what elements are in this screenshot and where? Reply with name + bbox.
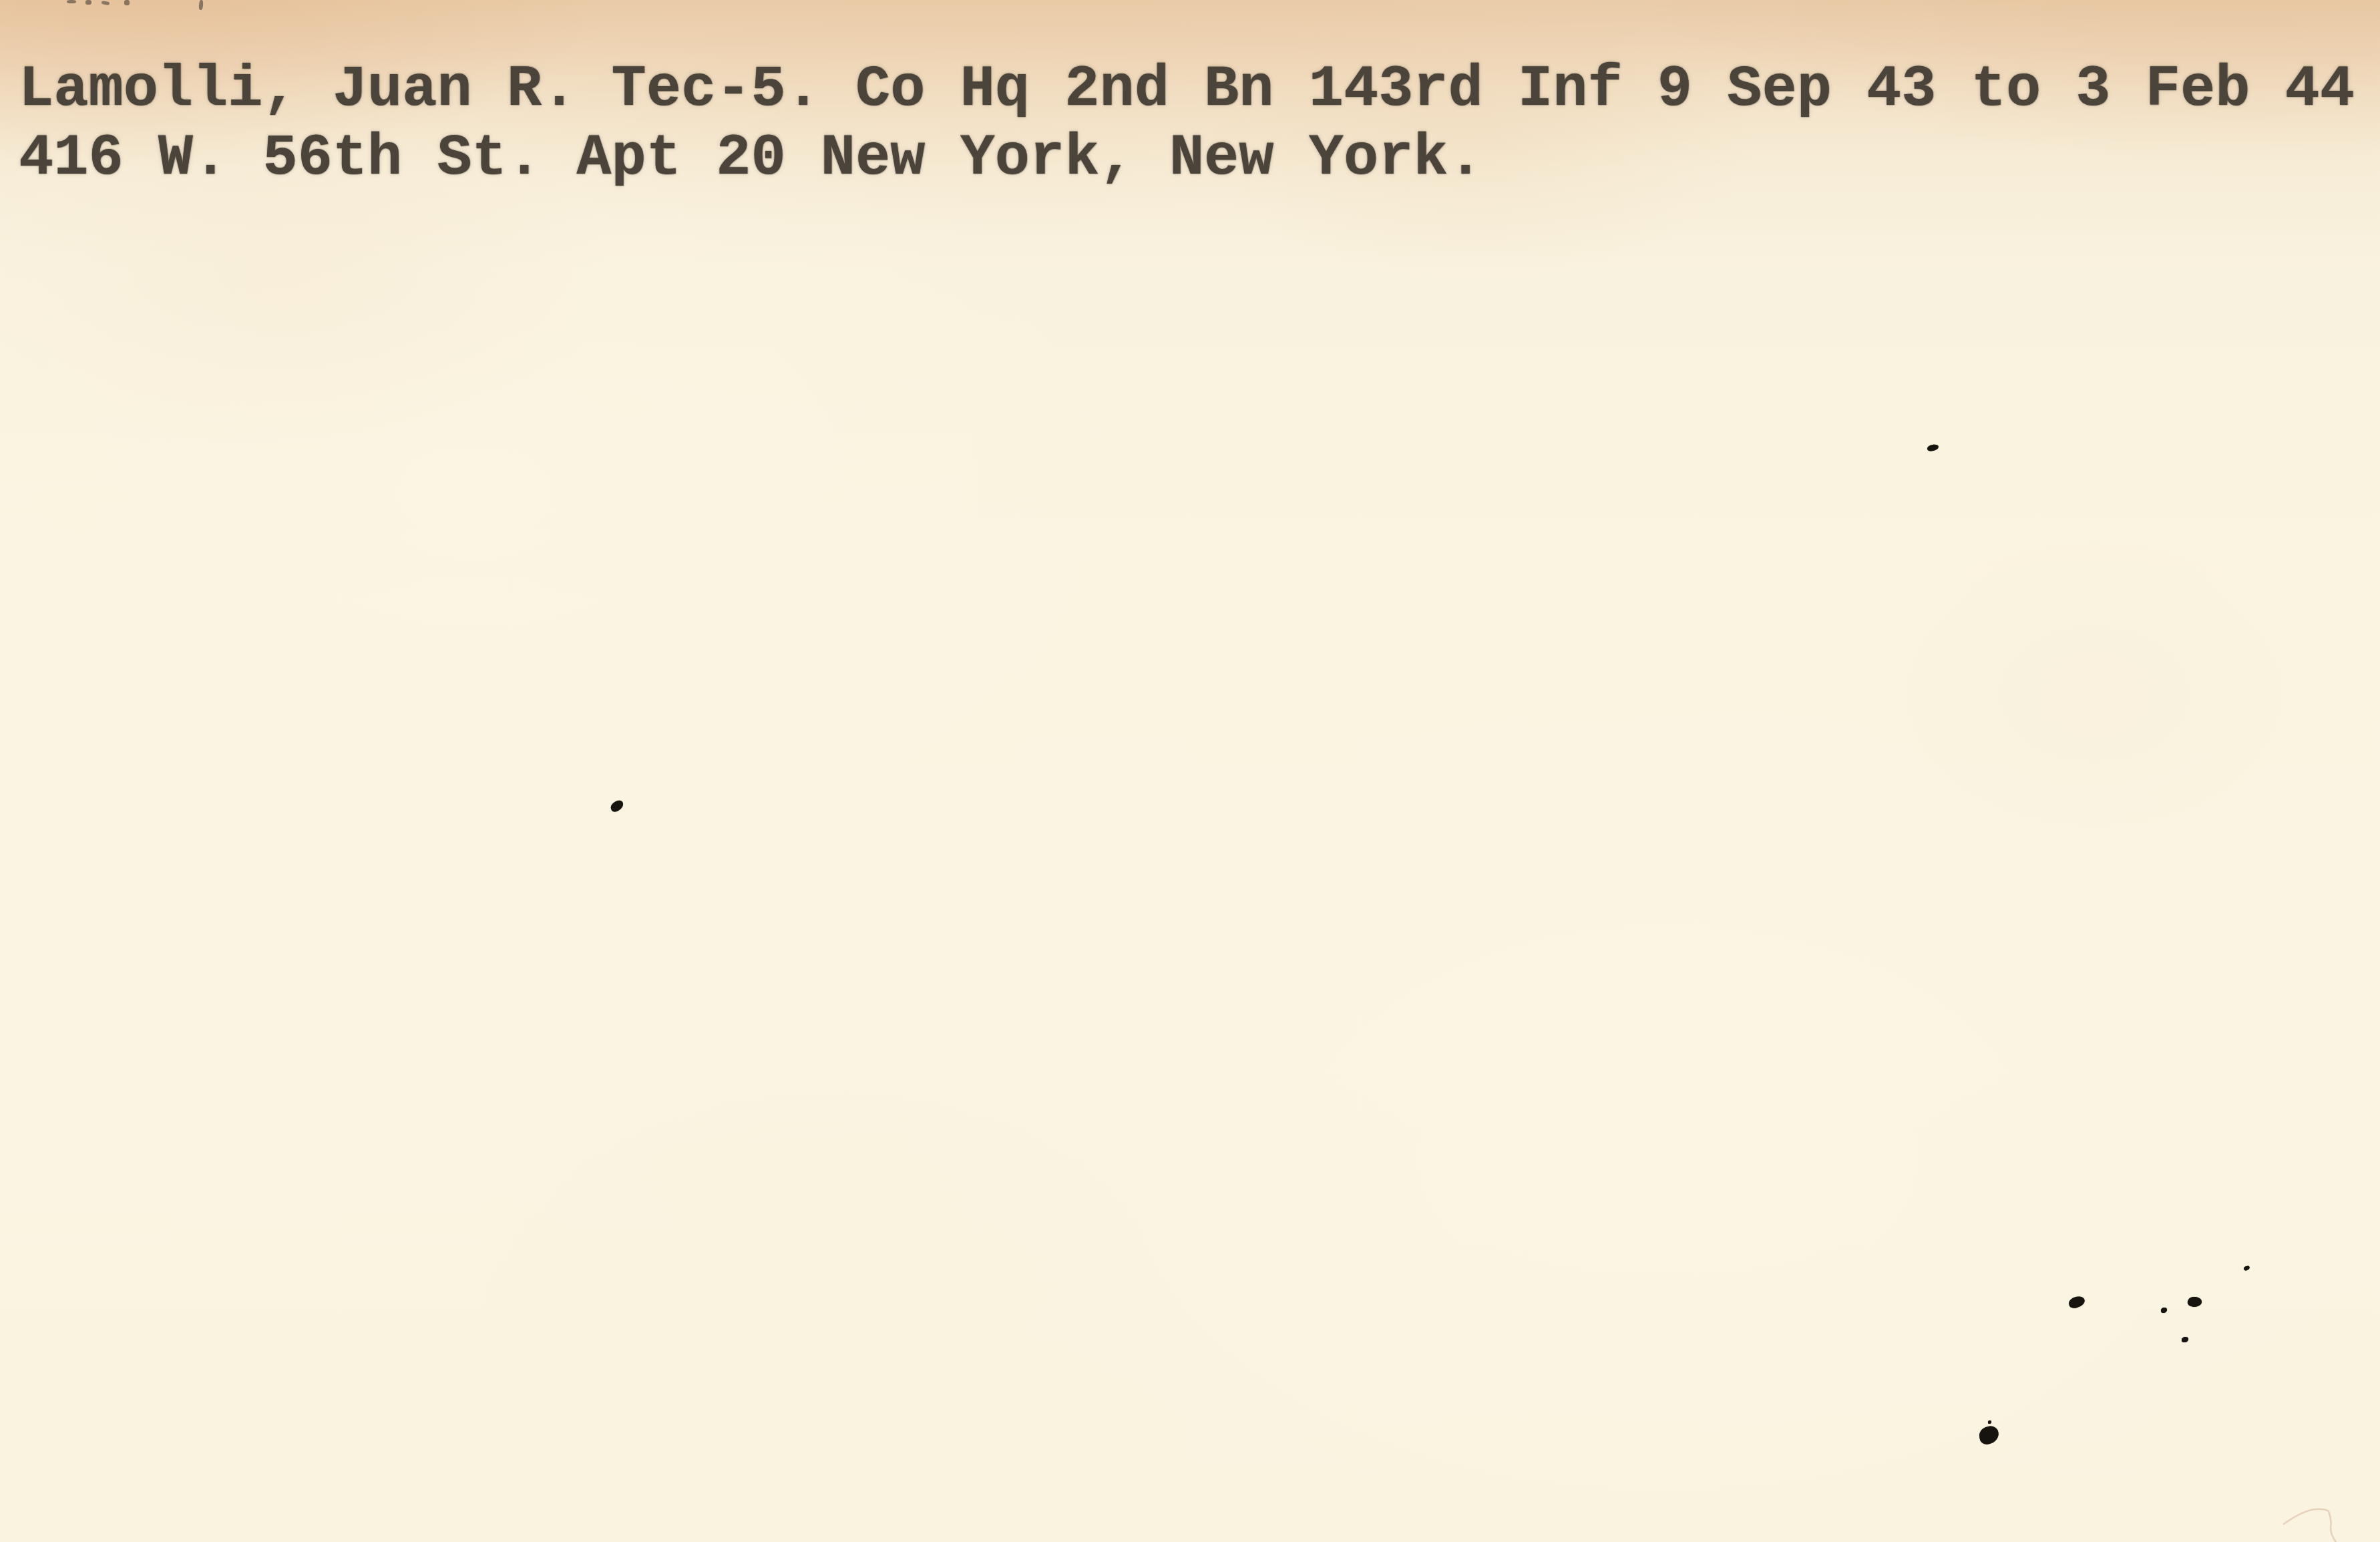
top-edge-mark (67, 0, 76, 3)
top-edge-mark (102, 1, 110, 5)
typed-line-service-record: Lamolli, Juan R. Tec-5. Co Hq 2nd Bn 143… (19, 61, 2355, 120)
ink-speck (2187, 1296, 2202, 1308)
top-edge-mark (85, 0, 91, 5)
ink-speck (2068, 1296, 2086, 1310)
ink-speck (1927, 444, 1939, 451)
ink-speck (2243, 1266, 2250, 1271)
ink-speck (2182, 1337, 2188, 1342)
ink-speck (1988, 1420, 1991, 1424)
ink-speck (2161, 1308, 2167, 1313)
scanned-index-card: { "document": { "kind": "typewritten ind… (0, 0, 2380, 1542)
paper-texture (0, 0, 2380, 1542)
top-edge-mark (124, 0, 130, 5)
ink-speck (1978, 1425, 2000, 1446)
top-edge-mark (198, 0, 203, 10)
typed-line-address: 416 W. 56th St. Apt 20 New York, New Yor… (19, 130, 1483, 188)
corner-crease-mark (2264, 1489, 2380, 1542)
ink-speck (609, 799, 625, 813)
